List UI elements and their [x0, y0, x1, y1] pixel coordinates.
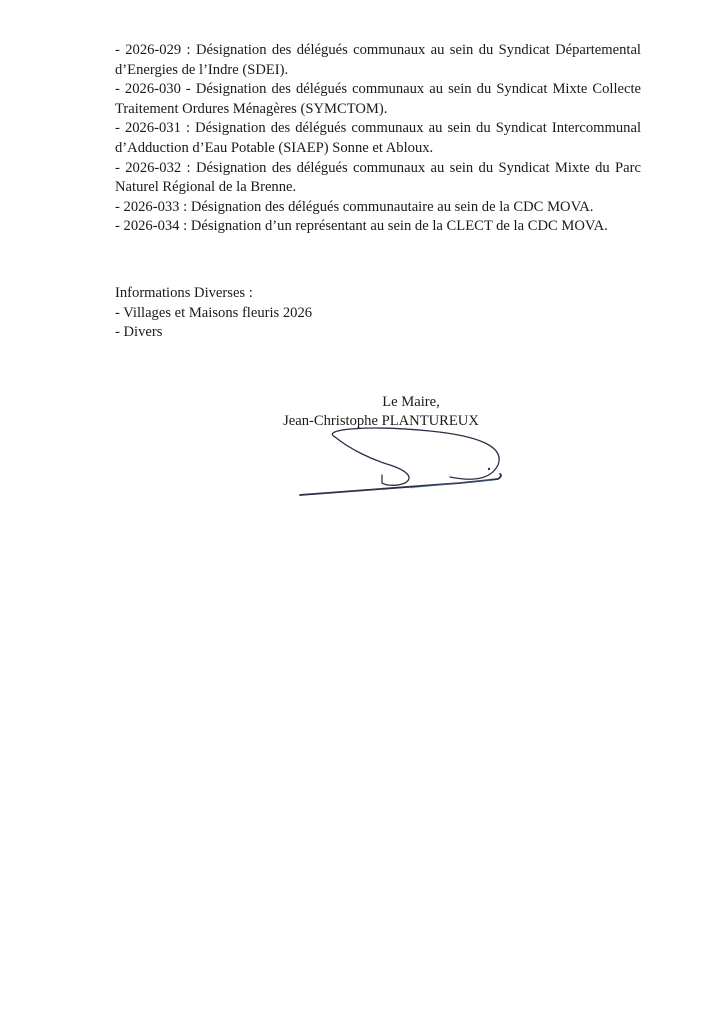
signatory-role: Le Maire,	[250, 393, 512, 412]
deliberation-number: 2026-030	[125, 81, 181, 97]
deliberation-number: 2026-032	[125, 160, 181, 176]
informations-section: Informations Diverses : - Villages et Ma…	[115, 284, 312, 343]
informations-list: - Villages et Maisons fleuris 2026 - Div…	[115, 304, 312, 343]
deliberation-number: 2026-031	[125, 120, 181, 136]
informations-item: - Villages et Maisons fleuris 2026	[115, 304, 312, 324]
deliberation-item: - 2026-033 : Désignation des délégués co…	[115, 198, 641, 218]
handwritten-signature	[290, 425, 530, 505]
deliberation-text: Désignation des délégués communautaire a…	[191, 199, 594, 215]
deliberation-number: 2026-034	[124, 218, 180, 234]
deliberation-list: - 2026-029 : Désignation des délégués co…	[115, 41, 641, 237]
document-page: - 2026-029 : Désignation des délégués co…	[0, 0, 724, 1024]
informations-item: - Divers	[115, 323, 312, 343]
informations-heading: Informations Diverses :	[115, 284, 312, 304]
deliberation-number: 2026-029	[125, 42, 181, 58]
deliberation-item: - 2026-032 : Désignation des délégués co…	[115, 159, 641, 198]
deliberation-number: 2026-033	[124, 199, 180, 215]
deliberation-item: - 2026-034 : Désignation d’un représenta…	[115, 217, 641, 237]
deliberation-item: - 2026-030 - Désignation des délégués co…	[115, 80, 641, 119]
deliberation-item: - 2026-031 : Désignation des délégués co…	[115, 119, 641, 158]
deliberation-item: - 2026-029 : Désignation des délégués co…	[115, 41, 641, 80]
deliberation-text: Désignation d’un représentant au sein de…	[191, 218, 608, 234]
